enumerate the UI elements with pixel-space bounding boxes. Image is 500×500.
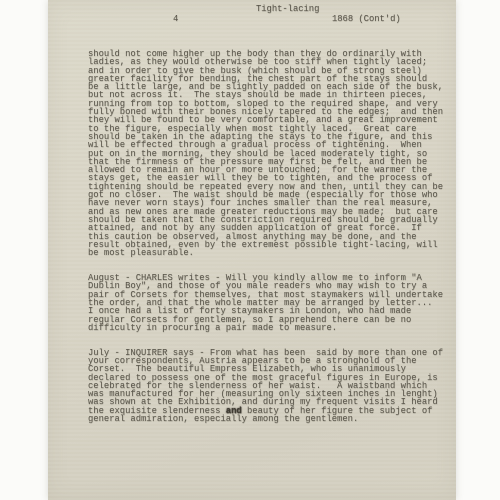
- document-title: Tight-lacing: [256, 4, 319, 14]
- document-body: should not come higher up the body than …: [88, 50, 452, 440]
- august-charles-paragraph: August - CHARLES writes - Will you kindl…: [88, 274, 452, 332]
- body-paragraph-stays-instructions: should not come higher up the body than …: [88, 50, 452, 257]
- text-line: be most pleasurable.: [88, 249, 452, 257]
- text-line: general admiration, especially among the…: [88, 415, 452, 423]
- scan-backdrop: Tight-lacing 4 1868 (Cont'd) should not …: [0, 0, 500, 500]
- july-inquirer-paragraph: July - INQUIRER says - From what has bee…: [88, 349, 452, 424]
- page-number: 4: [173, 14, 178, 24]
- document-page: Tight-lacing 4 1868 (Cont'd) should not …: [48, 0, 456, 500]
- text-line: difficulty in procuring a pair made to m…: [88, 324, 452, 332]
- date-continuation: 1868 (Cont'd): [332, 14, 401, 24]
